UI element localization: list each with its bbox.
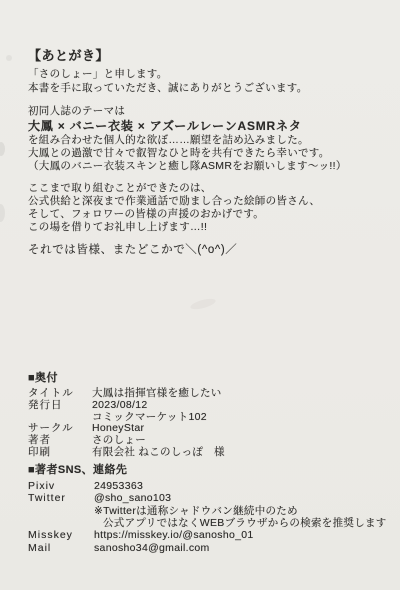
contact-label-empty (28, 517, 94, 529)
twitter-note-line2: 公式アプリではなくWEBブラウザからの検索を推奨します (94, 517, 387, 529)
contact-value-pixiv-id: 24953363 (94, 480, 387, 492)
text-line: 本書を手に取っていただき、誠にありがとうございます。 (28, 82, 308, 96)
contacts-table: Pixiv 24953363 Twitter @sho_sano103 ※Twi… (28, 480, 387, 554)
colophon-table: タイトル 大鳳は指揮官様を癒したい 発行日 2023/08/12 コミックマーケ… (28, 388, 225, 459)
closing-line: それでは皆様、またどこかで＼(^o^)／ (28, 241, 237, 257)
colophon-value-date: 2023/08/12 (92, 400, 225, 412)
scanned-afterword-page: 【あとがき】 「さのしょー」と申します。 本書を手に取っていただき、誠にありがと… (0, 0, 400, 590)
contact-value-twitter-handle: @sho_sano103 (94, 492, 387, 504)
colophon-label: 発行日 (28, 400, 92, 412)
afterword-paragraph-greeting: 「さのしょー」と申します。 本書を手に取っていただき、誠にありがとうございます。 (28, 68, 308, 95)
contact-value-mail-address: sanosho34@gmail.com (94, 542, 387, 554)
contact-value-misskey-url: https://misskey.io/@sanosho_01 (94, 529, 387, 541)
text-line: 初同人誌のテーマは (28, 105, 347, 118)
contacts-section: ■著者SNS、連絡先 Pixiv 24953363 Twitter @sho_s… (28, 461, 387, 554)
colophon-value-printer: 有限会社 ねこのしっぽ 様 (92, 447, 225, 459)
contact-label-pixiv: Pixiv (28, 480, 94, 492)
colophon-section: ■奥付 タイトル 大鳳は指揮官様を癒したい 発行日 2023/08/12 コミッ… (28, 369, 225, 459)
text-line: 公式供給と深夜まで作業通話で励まし合った絵師の皆さん、 (28, 195, 320, 208)
scan-artifact (189, 297, 216, 311)
text-line: そして、フォロワーの皆様の声援のおかげです。 (28, 208, 320, 221)
text-line: を組み合わせた個人的な欲ぼ……願望を詰め込みました。 (28, 134, 347, 147)
colophon-heading: ■奥付 (28, 369, 225, 385)
text-line: （大鳳のバニー衣装スキンと癒し隊ASMRをお願いします〜ッ!!） (28, 160, 347, 173)
afterword-paragraph-thanks: ここまで取り組むことができたのは、 公式供給と深夜まで作業通話で励まし合った絵師… (28, 182, 320, 234)
afterword-heading: 【あとがき】 (28, 45, 109, 64)
contact-label-mail: Mail (28, 542, 94, 554)
contact-label-empty (28, 505, 94, 517)
scan-artifact (0, 142, 5, 156)
afterword-paragraph-theme: 初同人誌のテーマは 大鳳 × バニー衣装 × アズールレーンASMRネタ を組み… (28, 105, 347, 173)
text-line: この場を借りてお礼申し上げます…!! (28, 221, 320, 234)
text-line: ここまで取り組むことができたのは、 (28, 182, 320, 195)
text-line: 大鳳との過激で甘々で叡智なひと時を共有できたら幸いです。 (28, 147, 347, 160)
contacts-heading: ■著者SNS、連絡先 (28, 461, 387, 477)
colophon-label: 印刷 (28, 447, 92, 459)
text-line: 「さのしょー」と申します。 (28, 68, 308, 82)
scan-artifact (6, 55, 12, 61)
contact-label-twitter: Twitter (28, 492, 94, 504)
twitter-note-line1: ※Twitterは通称シャドウバン継続中のため (94, 505, 387, 517)
contact-label-misskey: Misskey (28, 529, 94, 541)
scan-artifact (0, 204, 5, 222)
theme-bold-line: 大鳳 × バニー衣装 × アズールレーンASMRネタ (28, 118, 347, 134)
